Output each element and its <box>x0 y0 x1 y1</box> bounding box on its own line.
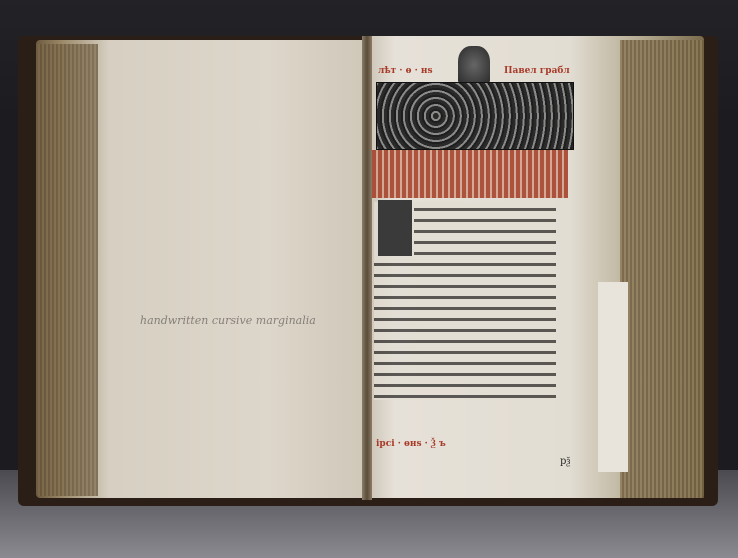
ornament-crest <box>458 46 490 84</box>
running-header-left: лѣт · ѳ · нѕ <box>378 66 433 76</box>
left-page-edge <box>38 44 98 496</box>
decorated-initial <box>378 200 412 256</box>
paper-insert <box>598 282 628 472</box>
footer-red-text: ірсі · ѳнѕ · Ѯ ъ <box>376 438 446 449</box>
book-gutter <box>362 36 372 500</box>
page-number: рѯ <box>560 456 570 467</box>
handwritten-note: handwritten cursive marginalia <box>140 310 360 390</box>
ornamental-headpiece <box>376 82 574 150</box>
red-title-band <box>372 150 568 198</box>
right-page-edge <box>620 40 704 498</box>
running-header-right: Павел грабл <box>504 66 570 76</box>
